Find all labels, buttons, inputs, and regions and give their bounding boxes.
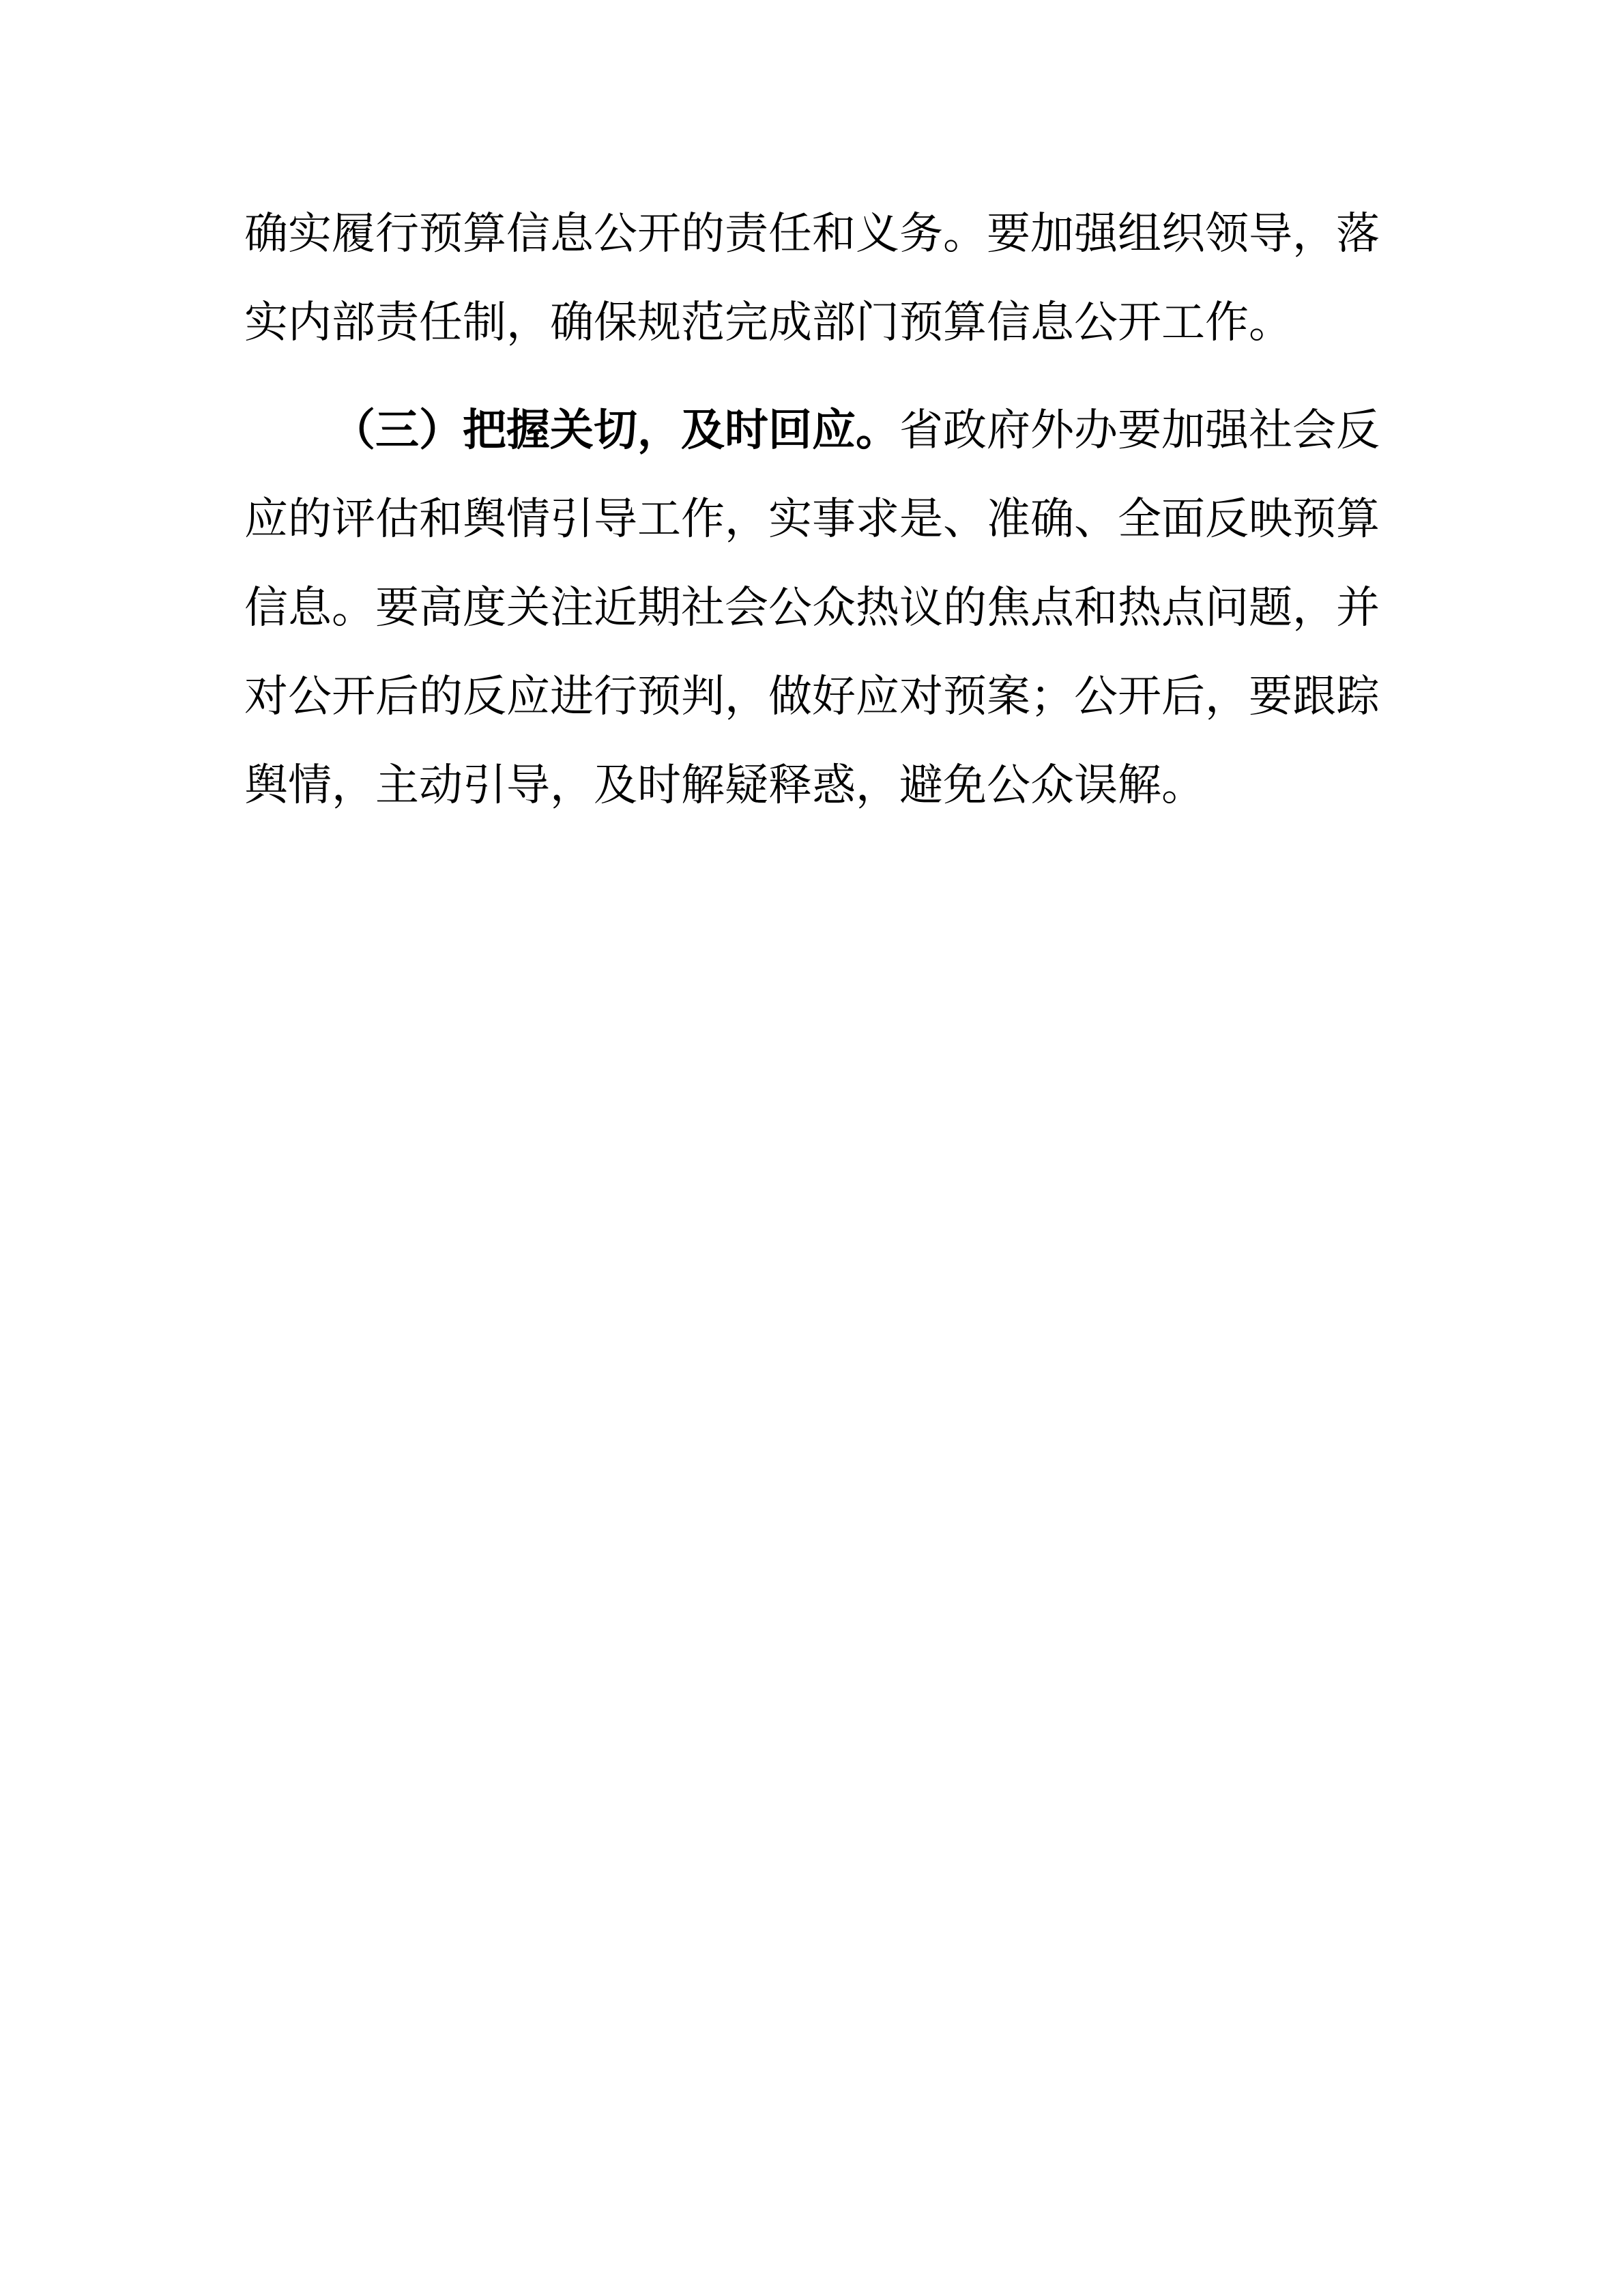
document-page: 确实履行预算信息公开的责任和义务。要加强组织领导，落实内部责任制，确保规范完成部… <box>0 0 1624 2296</box>
text-segment-bold: （三）把握关切，及时回应。 <box>332 406 899 455</box>
text-segment: 实内部责任制，确保规范完成部门预算信息公开工作。 <box>244 298 1292 347</box>
text-line: 舆情，主动引导，及时解疑释惑，避免公众误解。 <box>244 741 1382 830</box>
text-line: 确实履行预算信息公开的责任和义务。要加强组织领导，落 <box>244 190 1382 278</box>
text-segment: 确实履行预算信息公开的责任和义务。要加强组织领导，落 <box>244 210 1380 258</box>
text-line: （三）把握关切，及时回应。省政府外办要加强社会反 <box>244 386 1382 475</box>
text-segment: 省政府外办要加强社会反 <box>899 406 1380 455</box>
text-line: 应的评估和舆情引导工作，实事求是、准确、全面反映预算 <box>244 475 1382 564</box>
text-segment: 对公开后的反应进行预判，做好应对预案；公开后，要跟踪 <box>244 672 1380 721</box>
text-segment: 信息。要高度关注近期社会公众热议的焦点和热点问题，并 <box>244 584 1380 632</box>
text-segment: 应的评估和舆情引导工作，实事求是、准确、全面反映预算 <box>244 495 1380 543</box>
document-body: 确实履行预算信息公开的责任和义务。要加强组织领导，落实内部责任制，确保规范完成部… <box>244 190 1382 830</box>
text-line: 信息。要高度关注近期社会公众热议的焦点和热点问题，并 <box>244 564 1382 652</box>
text-line: 对公开后的反应进行预判，做好应对预案；公开后，要跟踪 <box>244 652 1382 741</box>
text-line: 实内部责任制，确保规范完成部门预算信息公开工作。 <box>244 278 1382 367</box>
paragraph: （三）把握关切，及时回应。省政府外办要加强社会反应的评估和舆情引导工作，实事求是… <box>244 386 1382 830</box>
text-segment: 舆情，主动引导，及时解疑释惑，避免公众误解。 <box>244 761 1205 809</box>
paragraph-continued: 确实履行预算信息公开的责任和义务。要加强组织领导，落实内部责任制，确保规范完成部… <box>244 190 1382 367</box>
